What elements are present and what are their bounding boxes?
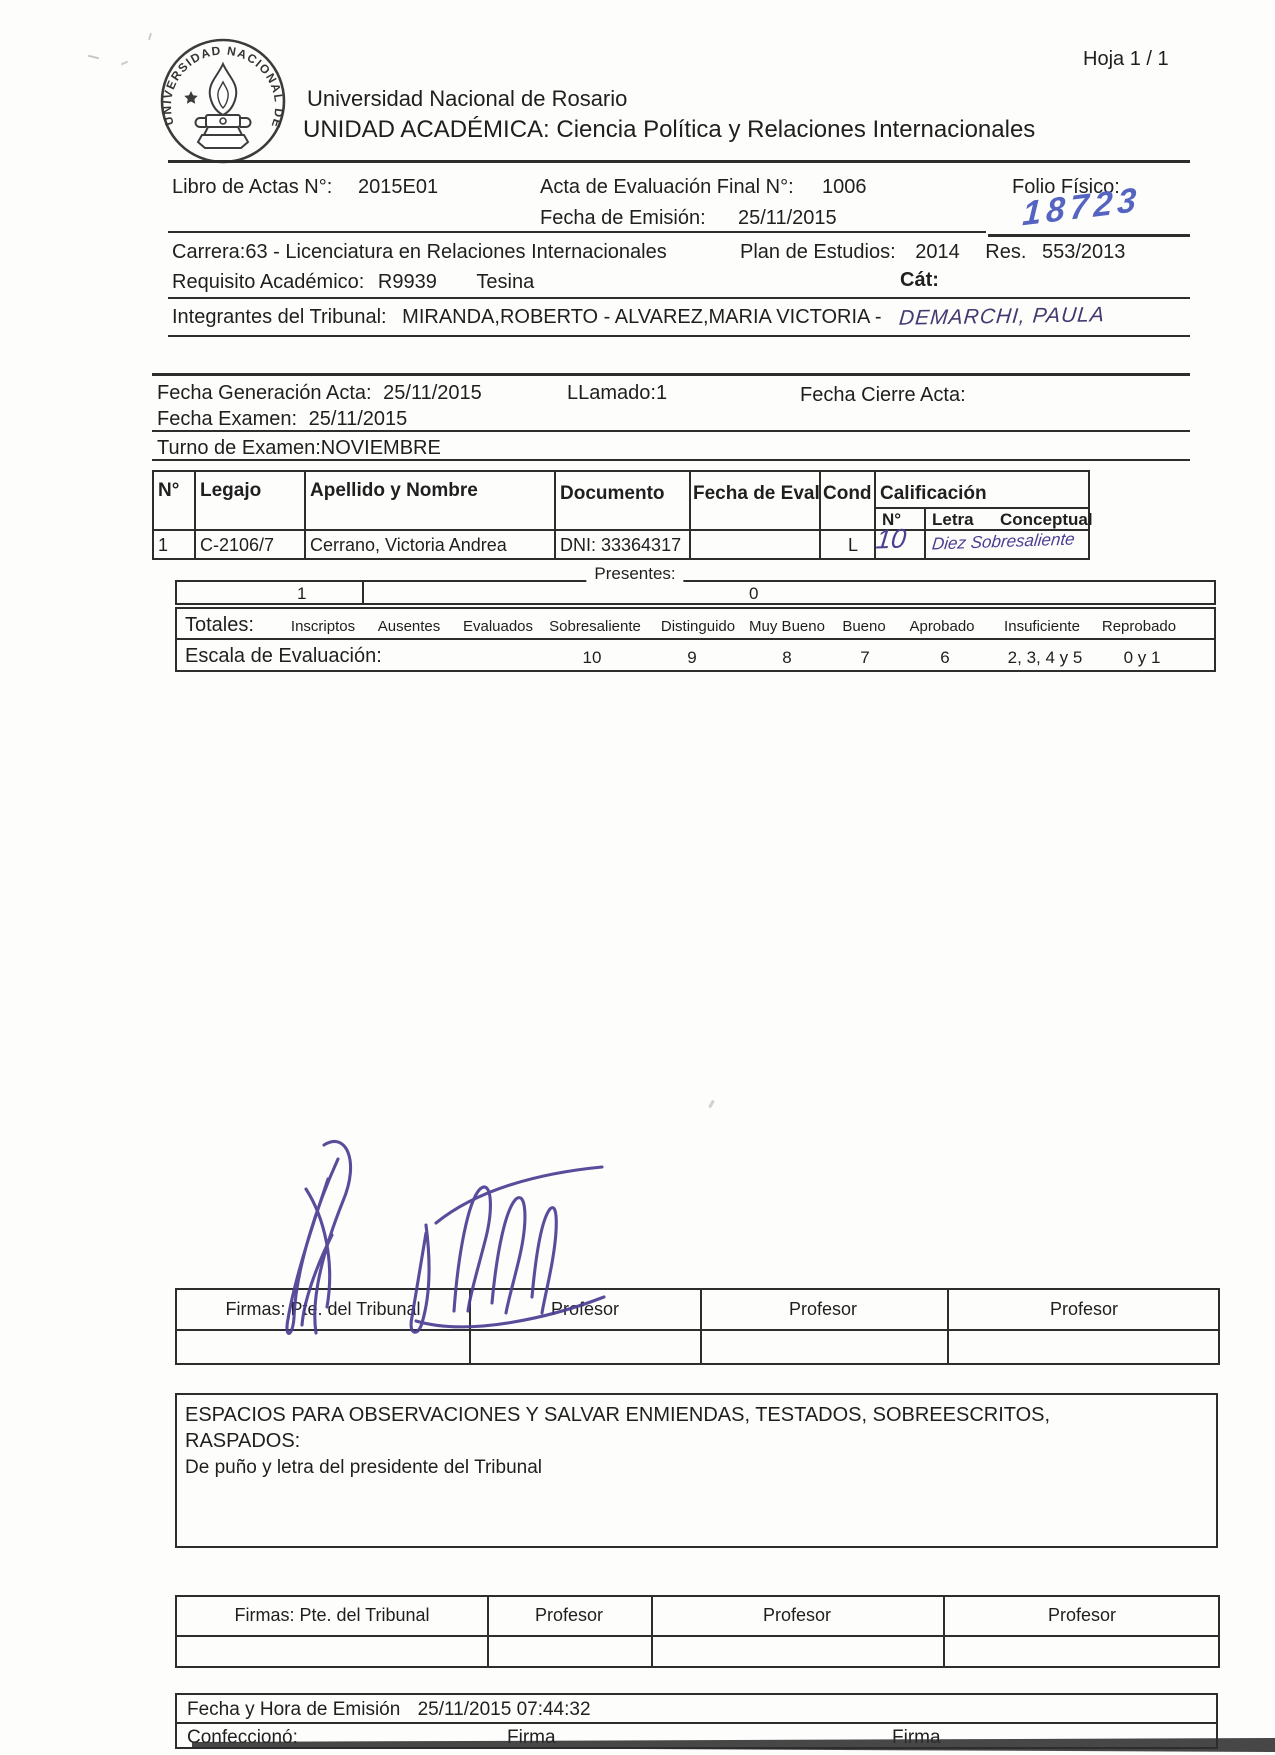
firmas1-profesor-2-label: Profesor	[789, 1299, 857, 1320]
row-n: 1	[158, 535, 168, 556]
presentes-box: 1 0	[175, 580, 1216, 605]
emision-footer-rule	[177, 1722, 1216, 1724]
carrera-label: Carrera:	[172, 241, 245, 263]
resolucion-label: Res.	[985, 241, 1026, 263]
carrera-value: 63 - Licenciatura en Relaciones Internac…	[245, 241, 666, 263]
llamado-label: LLamado:	[567, 382, 656, 404]
firmas1-col-border	[700, 1290, 702, 1363]
calificacion-subheader-rule	[874, 507, 1088, 509]
turno-row: Turno de Examen:NOVIEMBRE	[157, 437, 441, 460]
emision-fecha-row: Fecha y Hora de Emisión 25/11/2015 07:44…	[187, 1699, 591, 1721]
observaciones-subtitulo: De puño y letra del presidente del Tribu…	[185, 1457, 542, 1479]
col-header-fecha-eval: Fecha de Eval	[693, 483, 820, 505]
emision-fecha-value: 25/11/2015 07:44:32	[418, 1699, 591, 1720]
categoria-inscriptos: Inscriptos	[291, 618, 355, 635]
scan-speck	[148, 33, 152, 40]
emision-fecha-label: Fecha y Hora de Emisión	[187, 1699, 400, 1720]
tribunal-members-printed: MIRANDA,ROBERTO - ALVAREZ,MARIA VICTORIA…	[402, 306, 881, 328]
acta-final-value: 1006	[822, 176, 867, 199]
catedra-label: Cát:	[900, 269, 939, 292]
row-calificacion-numero-handwritten: 10	[874, 523, 907, 555]
col-border	[194, 472, 196, 558]
fecha-generacion-row: Fecha Generación Acta: 25/11/2015	[157, 382, 482, 405]
scan-speck	[88, 55, 99, 60]
fecha-cierre-label: Fecha Cierre Acta:	[800, 384, 966, 407]
requisito-row: Requisito Académico: R9939 Tesina	[172, 271, 534, 294]
fecha-generacion-value: 25/11/2015	[383, 382, 482, 404]
fecha-examen-value: 25/11/2015	[309, 408, 408, 430]
categoria-insuficiente: Insuficiente	[1004, 618, 1080, 635]
col-border	[304, 472, 306, 558]
row-calificacion-texto-handwritten: Diez Sobresaliente	[931, 529, 1076, 554]
categoria-bueno: Bueno	[842, 618, 885, 635]
categoria-reprobado: Reprobado	[1102, 618, 1176, 635]
fecha-examen-row: Fecha Examen: 25/11/2015	[157, 408, 407, 431]
rule-folio	[988, 234, 1190, 237]
scan-speck	[121, 61, 128, 66]
llamado-value: 1	[656, 382, 667, 404]
tribunal-member-handwritten: DEMARCHI, PAULA	[898, 303, 1106, 331]
firmas2-col-border	[651, 1597, 653, 1666]
rule-tribunal	[168, 335, 1190, 337]
students-table: N° Legajo Apellido y Nombre Documento Fe…	[152, 470, 1090, 560]
acta-final-label: Acta de Evaluación Final N°:	[540, 176, 794, 199]
firmas1-col-border	[947, 1290, 949, 1363]
categoria-distinguido: Distinguido	[661, 618, 735, 635]
carrera-row: Carrera:63 - Licenciatura en Relaciones …	[172, 241, 667, 264]
observaciones-box: ESPACIOS PARA OBSERVACIONES Y SALVAR ENM…	[175, 1393, 1218, 1548]
sheet-number: Hoja 1 / 1	[1083, 48, 1169, 71]
presentes-valor-der: 0	[749, 584, 758, 604]
escala-reprobado: 0 y 1	[1124, 648, 1161, 668]
escala-6: 6	[940, 648, 949, 668]
scan-edge-artifact	[0, 1735, 1275, 1755]
escala-7: 7	[860, 648, 869, 668]
scanned-acta-page: Hoja 1 / 1 UNIVERSIDAD NACIONAL DE ROSAR…	[0, 0, 1275, 1755]
categoria-sobresaliente: Sobresaliente	[549, 618, 641, 635]
signature-professor	[436, 1167, 602, 1223]
fecha-generacion-label: Fecha Generación Acta:	[157, 382, 372, 404]
col-header-apellido: Apellido y Nombre	[310, 480, 478, 502]
turno-value: NOVIEMBRE	[321, 437, 441, 459]
escala-8: 8	[782, 648, 791, 668]
row-legajo: C-2106/7	[200, 535, 274, 556]
requisito-nombre: Tesina	[476, 271, 534, 293]
turno-label: Turno de Examen:	[157, 437, 321, 459]
firmas2-profesor-1-label: Profesor	[535, 1605, 603, 1626]
fecha-emision-value: 25/11/2015	[738, 207, 837, 230]
rule-acta-info	[168, 231, 986, 233]
subcol-border	[924, 509, 926, 558]
presentes-label: Presentes:	[586, 564, 683, 584]
plan-value: 2014	[915, 241, 960, 263]
categoria-ausentes: Ausentes	[378, 618, 441, 635]
fecha-examen-label: Fecha Examen:	[157, 408, 297, 430]
col-border	[689, 472, 691, 558]
col-header-documento: Documento	[560, 483, 665, 505]
star-icon	[184, 91, 197, 104]
col-border	[554, 472, 556, 558]
escala-box: Escala de Evaluación: 10 9 8 7 6 2, 3, 4…	[175, 638, 1216, 672]
firmas2-col-border	[943, 1597, 945, 1666]
firmas-table-2: Firmas: Pte. del Tribunal Profesor Profe…	[175, 1595, 1220, 1668]
subcol-header-letra: Letra	[932, 510, 974, 530]
rule-fechas-mid	[152, 430, 1190, 432]
col-header-n: N°	[158, 480, 179, 502]
tribunal-row: Integrantes del Tribunal: MIRANDA,ROBERT…	[172, 305, 1105, 329]
col-header-legajo: Legajo	[200, 480, 261, 502]
categoria-muy-bueno: Muy Bueno	[749, 618, 825, 635]
rule-fechas-top	[152, 373, 1190, 376]
escala-9: 9	[687, 648, 696, 668]
categoria-evaluados: Evaluados	[463, 618, 533, 635]
firmas2-profesor-3-label: Profesor	[1048, 1605, 1116, 1626]
row-apellido: Cerrano, Victoria Andrea	[310, 535, 507, 556]
firmas2-presidente-label: Firmas: Pte. del Tribunal	[234, 1605, 429, 1626]
row-documento: DNI: 33364317	[560, 535, 681, 556]
totales-box: Totales: Inscriptos Ausentes Evaluados S…	[175, 607, 1216, 640]
rule-fechas-bottom	[152, 459, 1190, 461]
totales-label: Totales:	[185, 614, 254, 637]
fecha-emision-label: Fecha de Emisión:	[540, 207, 706, 230]
rule-header	[168, 160, 1190, 163]
libro-actas-label: Libro de Actas N°:	[172, 176, 332, 199]
subcol-header-conceptual: Conceptual	[1000, 510, 1093, 530]
scan-speck	[708, 1100, 715, 1108]
firmas2-header-rule	[177, 1635, 1218, 1637]
observaciones-titulo: ESPACIOS PARA OBSERVACIONES Y SALVAR ENM…	[185, 1402, 1065, 1454]
escala-10: 10	[583, 648, 602, 668]
escala-insuficiente: 2, 3, 4 y 5	[1008, 648, 1083, 668]
firmas1-profesor-3-label: Profesor	[1050, 1299, 1118, 1320]
libro-actas-value: 2015E01	[358, 176, 438, 199]
llamado-row: LLamado:1	[567, 382, 667, 405]
escala-label: Escala de Evaluación:	[185, 645, 382, 668]
presentes-divider	[362, 582, 364, 603]
row-cond: L	[848, 535, 858, 556]
university-name: Universidad Nacional de Rosario	[307, 86, 627, 112]
col-header-cond: Cond	[823, 483, 872, 505]
unr-seal-logo-icon: UNIVERSIDAD NACIONAL DE ROSARIO	[158, 36, 288, 166]
categoria-aprobado: Aprobado	[909, 618, 974, 635]
lamp-base	[204, 127, 242, 135]
rule-carrera	[168, 297, 1190, 299]
plan-label: Plan de Estudios:	[740, 241, 896, 263]
requisito-codigo: R9939	[378, 271, 437, 293]
tribunal-label: Integrantes del Tribunal:	[172, 306, 387, 328]
academic-unit-title: UNIDAD ACADÉMICA: Ciencia Política y Rel…	[303, 116, 1035, 144]
requisito-label: Requisito Académico:	[172, 271, 364, 293]
firmas2-col-border	[487, 1597, 489, 1666]
lamp-cup	[206, 115, 240, 127]
col-header-calificacion: Calificación	[880, 483, 987, 505]
plan-estudios-row: Plan de Estudios: 2014 Res. 553/2013	[740, 241, 1125, 264]
firmas2-profesor-2-label: Profesor	[763, 1605, 831, 1626]
resolucion-value: 553/2013	[1042, 241, 1125, 263]
handwritten-signatures	[240, 1125, 640, 1365]
presentes-valor-izq: 1	[297, 584, 306, 604]
